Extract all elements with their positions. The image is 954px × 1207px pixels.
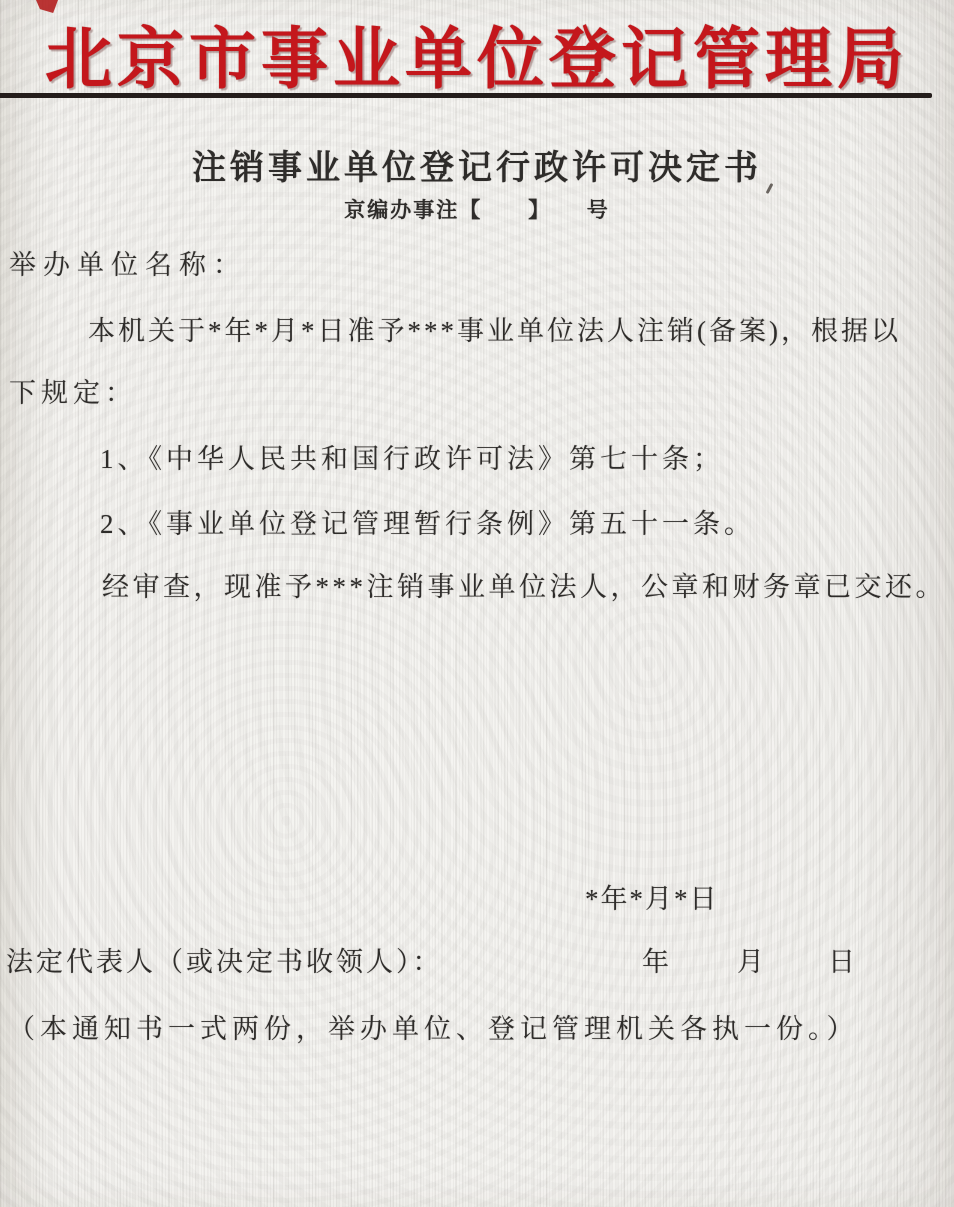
agency-name-header: 北京市事业单位登记管理局 xyxy=(0,6,954,102)
header-rule-line xyxy=(0,93,932,98)
copies-note: （本通知书一式两份，举办单位、登记管理机关各执一份。） xyxy=(8,1007,859,1046)
approval-date: *年*月*日 xyxy=(585,877,719,916)
scanned-document-page: 北京市事业单位登记管理局 注销事业单位登记行政许可决定书 京编办事注【 】 号 … xyxy=(0,0,954,1207)
conclusion-line: 经审查，现准予***注销事业单位法人，公章和财务章已交还。 xyxy=(102,565,946,604)
blank-date-day: 日 xyxy=(828,940,855,979)
blank-date-month: 月 xyxy=(737,940,764,979)
document-title: 注销事业单位登记行政许可决定书 xyxy=(0,140,954,189)
body-paragraph-line-2: 下规定： xyxy=(9,371,137,410)
document-number: 京编办事注【 】 号 xyxy=(0,194,954,224)
sponsor-name-label: 举办单位名称： xyxy=(9,243,247,282)
legal-item-2: 2、《事业单位登记管理暂行条例》第五十一条。 xyxy=(100,502,755,541)
legal-item-1: 1、《中华人民共和国行政许可法》第七十条； xyxy=(100,437,724,476)
body-paragraph-line-1: 本机关于*年*月*日准予***事业单位法人注销(备案)，根据以 xyxy=(88,309,901,348)
blank-date-year: 年 xyxy=(642,940,669,979)
recipient-label: 法定代表人（或决定书收领人）： xyxy=(6,940,443,979)
